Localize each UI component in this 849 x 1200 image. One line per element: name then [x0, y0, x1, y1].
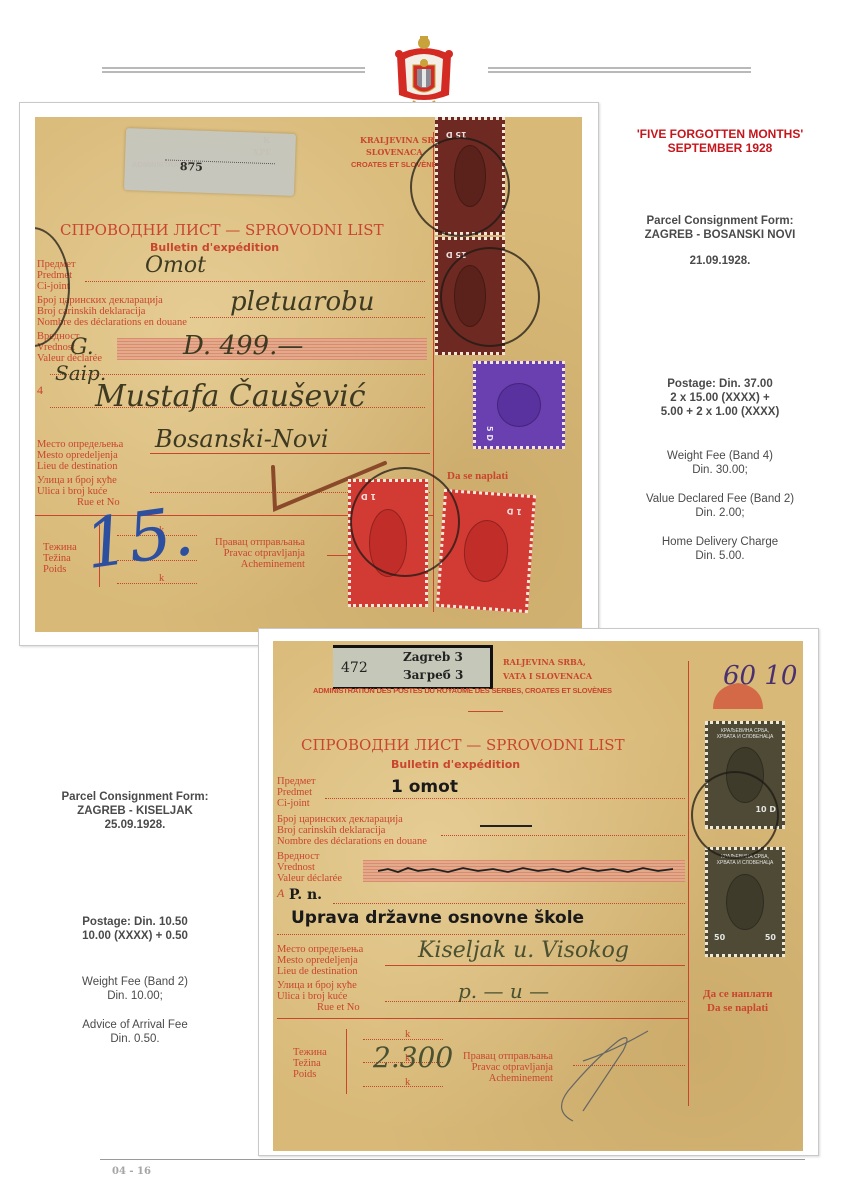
item2-fee2-amount: Din. 0.50.: [30, 1032, 240, 1046]
item1-handwritten-addressee: Mustafa Čaušević: [95, 379, 366, 414]
item1-label-weight-cyr: Тежина: [43, 542, 77, 553]
item1-label-weight-lat: Težina: [43, 553, 77, 564]
item2-stamp-2-value: 50: [714, 933, 725, 942]
item2-customs-dash: [480, 825, 532, 827]
item2-label-value: Вредност Vrednost Valeur déclarée: [277, 851, 342, 884]
item1-line-customs: [190, 317, 425, 318]
item1-line-object: [85, 281, 425, 282]
item2-label-object-lat: Predmet: [277, 787, 316, 798]
item2-caption-heading: Parcel Consignment Form: ZAGREB - KISELJ…: [30, 790, 240, 832]
item2-postage: Postage: Din. 10.50 10.00 (XXXX) + 0.50: [30, 915, 240, 943]
item2-label-weight-lat: Težina: [293, 1058, 327, 1069]
item1-label-weight-fr: Poids: [43, 564, 77, 575]
item2-label-customs-cyr: Број царинских декларација: [277, 814, 427, 825]
item2-label-street-cyr: Улица и број куће: [277, 980, 360, 991]
item1-caption-heading: Parcel Consignment Form: ZAGREB - BOSANS…: [610, 214, 830, 268]
item2-handwritten-street: p. — u —: [458, 979, 549, 1003]
item2-stamp-2: КРАЉЕВИНА СРБА, ХРВАТА И СЛОВЕНАЦА 50 50: [705, 847, 785, 957]
page-number: 04 - 16: [112, 1166, 151, 1177]
item1-date: 21.09.1928.: [610, 254, 830, 268]
item2-rule-weight: [277, 1018, 688, 1019]
item1-fee2-amount: Din. 2.00;: [610, 506, 830, 520]
item1-fee3-amount: Din. 5.00.: [610, 549, 830, 563]
item2-label-weight-cyr: Тежина: [293, 1047, 327, 1058]
item2-fees: Weight Fee (Band 2) Din. 10.00; Advice o…: [30, 975, 240, 1046]
item2-label-value-fr: Valeur déclarée: [277, 873, 342, 884]
item1-header-line2: SLOVENACA: [366, 147, 423, 157]
item2-fee2-name: Advice of Arrival Fee: [30, 1018, 240, 1032]
item2-form-title: СПРОВОДНИ ЛИСТ — SPROVODNI LIST: [301, 736, 625, 754]
item1-line-weight3: [117, 583, 197, 584]
item1-fee1-name: Weight Fee (Band 4): [610, 449, 830, 463]
item1-label-route: Правац отправљања Pravac otpravljanja Ac…: [215, 537, 305, 570]
item2-label-weight: Тежина Težina Poids: [293, 1047, 327, 1080]
item2-kg-label-3: k: [405, 1077, 410, 1088]
item2-form-type: Parcel Consignment Form:: [30, 790, 240, 804]
item2-label-customs-lat: Broj carinskih deklaracija: [277, 825, 427, 836]
item1-handwritten-value-prefix: G.: [70, 335, 94, 360]
item2-fee1-name: Weight Fee (Band 2): [30, 975, 240, 989]
item2-label-object-fr: Ci-joint: [277, 798, 316, 809]
item2-line-customs: [441, 835, 685, 836]
item2-postmark: [691, 771, 779, 859]
item2-label-weight-fr: Poids: [293, 1069, 327, 1080]
item1-fees: Weight Fee (Band 4) Din. 30.00; Value De…: [610, 449, 830, 563]
item1-label-destination-fr: Lieu de destination: [37, 461, 123, 472]
header-rule-right: [488, 67, 751, 73]
item2-label-customs: Број царинских декларација Broj carinski…: [277, 814, 427, 847]
item2-to-collect: Da se naplati: [707, 1003, 768, 1014]
item2-line-object: [325, 798, 685, 799]
item2-label-destination: Место опредељења Mesto opredeljenja Lieu…: [277, 944, 363, 977]
item2-date: 25.09.1928.: [30, 818, 240, 832]
item1-parcel-form: К ХРЕ KRALJEVINA SRBA, SLOVENACA ADMINIS…: [35, 117, 582, 632]
item2-route: ZAGREB - KISELJAK: [30, 804, 240, 818]
item1-label-route-lat: Pravac otpravljanja: [215, 548, 305, 559]
item2-label-destination-fr: Lieu de destination: [277, 966, 363, 977]
item2-label-street-fr: Rue et No: [277, 1002, 360, 1013]
item1-label-destination-cyr: Место опредељења: [37, 439, 123, 450]
item1-label-street-lat: Ulica i broj kuće: [37, 486, 120, 497]
item2-postage-line2: 10.00 (XXXX) + 0.50: [30, 929, 240, 943]
header-rule-left: [102, 67, 365, 73]
item1-addressee-mark: 4: [37, 385, 43, 396]
item2-admin-line: ADMINISTRATION DES POSTES DU ROYAUME DES…: [313, 686, 612, 695]
item2-registration-office-cyrillic: Загреб 3: [403, 668, 463, 682]
item2-label-street: Улица и број куће Ulica i broj kuće Rue …: [277, 980, 360, 1013]
item2-line-weight1: [363, 1039, 443, 1040]
item1-handwritten-weight: 15.: [80, 492, 198, 585]
item2-line-addressee1: [333, 903, 685, 904]
item2-label-value-lat: Vrednost: [277, 862, 342, 873]
item1-handwritten-object: Omot: [145, 253, 206, 278]
item1-postage-title: Postage: Din. 37.00: [610, 377, 830, 391]
item1-postage-line2: 2 x 15.00 (XXXX) +: [610, 391, 830, 405]
item2-parcel-form: 472 Zagreb 3 Загреб 3 RALJEVINA SRBA, VA…: [273, 641, 803, 1151]
item1-postage-line3: 5.00 + 2 x 1.00 (XXXX): [610, 405, 830, 419]
item2-handwritten-corner-note: 60 10: [723, 661, 797, 691]
item2-printed-addressee-prefix: P. n.: [289, 887, 322, 903]
item2-stamp-2-value-right: 50: [765, 933, 776, 942]
item2-label-object: Предмет Predmet Ci-joint: [277, 776, 316, 809]
item1-registration-number: 875: [180, 160, 203, 174]
item2-fee1-amount: Din. 10.00;: [30, 989, 240, 1003]
item1-label-destination-lat: Mesto opredeljenja: [37, 450, 123, 461]
item2-stamp-1-inscription: КРАЉЕВИНА СРБА, ХРВАТА И СЛОВЕНАЦА: [711, 728, 779, 740]
exhibit-title: 'FIVE FORGOTTEN MONTHS' SEPTEMBER 1928: [610, 127, 830, 155]
item1-label-route-cyr: Правац отправљања: [215, 537, 305, 548]
exhibit-title-line1: 'FIVE FORGOTTEN MONTHS': [610, 127, 830, 141]
item1-registration-label: 875: [124, 128, 296, 196]
item1-fee2-name: Value Declared Fee (Band 2): [610, 492, 830, 506]
item2-addressee-mark: A: [277, 888, 284, 899]
item1-postage: Postage: Din. 37.00 2 x 15.00 (XXXX) + 5…: [610, 377, 830, 419]
item2-line-weight3: [363, 1086, 443, 1087]
item2-column-rule: [688, 661, 689, 1106]
item1-line-destination: [150, 453, 430, 454]
item2-label-destination-cyr: Место опредељења: [277, 944, 363, 955]
item1-label-street-cyr: Улица и број куће: [37, 475, 120, 486]
item1-form-type: Parcel Consignment Form:: [610, 214, 830, 228]
item1-to-collect: Da se naplati: [447, 471, 508, 482]
item2-value-strikethrough: [378, 863, 678, 877]
item1-label-route-fr: Acheminement: [215, 559, 305, 570]
item2-printed-object: 1 omot: [391, 777, 458, 797]
item1-stamp-3: 5 D: [473, 361, 565, 449]
item2-weight-brace: [346, 1029, 347, 1094]
item2-label-customs-fr: Nombre des déclarations en douane: [277, 836, 427, 847]
item1-frame: К ХРЕ KRALJEVINA SRBA, SLOVENACA ADMINIS…: [19, 102, 599, 646]
item2-postage-title: Postage: Din. 10.50: [30, 915, 240, 929]
item1-stamp-5-value: 1 D: [507, 506, 523, 516]
item1-line-addressee1: [50, 374, 425, 375]
item1-form-title: СПРОВОДНИ ЛИСТ — SPROVODNI LIST: [60, 221, 384, 239]
item1-fee3-name: Home Delivery Charge: [610, 535, 830, 549]
item2-header-line1: RALJEVINA SRBA,: [503, 657, 586, 667]
item1-stamp-3-value: 5 D: [485, 426, 494, 441]
item2-label-destination-lat: Mesto opredeljenja: [277, 955, 363, 966]
item2-printed-addressee: Uprava državne osnovne škole: [291, 908, 584, 928]
item2-registration-number: 472: [341, 660, 368, 676]
item2-label-value-cyr: Вредност: [277, 851, 342, 862]
item2-registration-label: 472 Zagreb 3 Загреб 3: [333, 645, 493, 689]
item2-label-object-cyr: Предмет: [277, 776, 316, 787]
item2-to-collect-cyr: Да се наплати: [703, 989, 773, 1000]
footer-rule: [100, 1159, 805, 1160]
item2-frame: 472 Zagreb 3 Загреб 3 RALJEVINA SRBA, VA…: [258, 628, 819, 1156]
item2-pencil-signature: [523, 1021, 653, 1131]
item1-handwritten-destination: Bosanski-Novi: [155, 425, 329, 453]
item1-label-destination: Место опредељења Mesto opredeljenja Lieu…: [37, 439, 123, 472]
item1-postmark-4: [35, 227, 70, 347]
item1-postmark-2: [440, 247, 540, 347]
item1-handwritten-value: D. 499.—: [183, 331, 303, 361]
item1-postmark-3: [350, 467, 460, 577]
item2-header-line2: VATA I SLOVENACA: [503, 671, 592, 681]
item2-label-street-lat: Ulica i broj kuće: [277, 991, 360, 1002]
exhibit-title-line2: SEPTEMBER 1928: [610, 141, 830, 155]
item2-registration-office-latin: Zagreb 3: [403, 650, 463, 664]
item2-header-ornament: [468, 711, 503, 712]
item2-kg-label-1: k: [405, 1029, 410, 1040]
item2-line-addressee2: [277, 934, 685, 935]
item2-line-destination: [385, 965, 685, 966]
item2-handwritten-weight: 2.300: [373, 1041, 453, 1074]
item1-postmark-1: [410, 137, 510, 237]
item1-handwritten-customs: pletuarobu: [230, 287, 375, 317]
item2-form-subtitle: Bulletin d'expédition: [391, 758, 520, 771]
item1-label-weight: Тежина Težina Poids: [43, 542, 77, 575]
item1-fee1-amount: Din. 30.00;: [610, 463, 830, 477]
item2-handwritten-destination: Kiseljak u. Visokog: [418, 938, 629, 963]
item1-route: ZAGREB - BOSANSKI NOVI: [610, 228, 830, 242]
